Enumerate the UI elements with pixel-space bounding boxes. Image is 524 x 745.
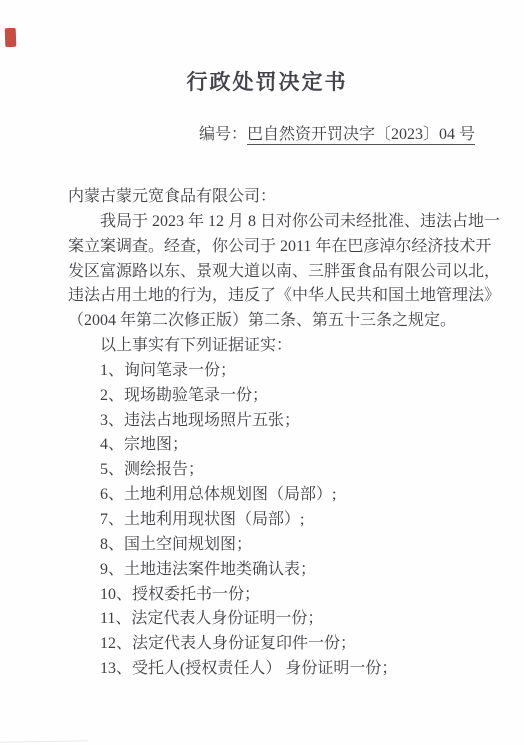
evidence-item: 7、土地利用现状图（局部）; (68, 508, 464, 533)
evidence-item: 1、询问笔录一份； (68, 359, 464, 384)
body-line: （2004 年第二次修正版）第二条、第五十三条之规定。 (68, 309, 464, 334)
doc-number-label: 编号： (199, 126, 247, 143)
evidence-item: 5、测绘报告； (68, 458, 464, 483)
evidence-item: 13、受托人(授权责任人） 身份证明一份； (68, 657, 464, 682)
evidence-item: 2、现场勘验笔录一份； (68, 384, 464, 409)
body-paragraph: 我局于 2023 年 12 月 8 日对你公司未经批准、违法占地一 案立案调查。… (68, 210, 464, 359)
recipient-line: 内蒙古蒙元宽食品有限公司： (68, 185, 464, 210)
evidence-list: 1、询问笔录一份； 2、现场勘验笔录一份； 3、违法占地现场照片五张； 4、宗地… (68, 359, 464, 682)
body-line: 违法占用土地的行为，违反了《中华人民共和国土地管理法》 (68, 284, 464, 309)
page-title: 行政处罚决定书 (10, 68, 524, 96)
body-line: 我局于 2023 年 12 月 8 日对你公司未经批准、违法占地一 (68, 210, 464, 235)
body-line: 发区富源路以东、景观大道以南、三胖蛋食品有限公司以北， (68, 260, 464, 285)
body-line: 案立案调查。经查，你公司于 2011 年在巴彦淖尔经济技术开 (68, 235, 464, 260)
body-line: 以上事实有下列证据证实： (68, 334, 464, 359)
evidence-item: 10、授权委托书一份； (68, 583, 464, 608)
doc-number-line: 编号：巴自然资开罚决字〔2023〕04 号 (199, 124, 475, 146)
evidence-item: 11、法定代表人身份证明一份； (68, 607, 464, 632)
doc-number-value: 巴自然资开罚决字〔2023〕04 号 (247, 126, 475, 145)
evidence-item: 6、土地利用总体规划图（局部）; (68, 483, 464, 508)
evidence-item: 12、法定代表人身份证复印件一份； (68, 632, 464, 657)
evidence-item: 3、违法占地现场照片五张； (68, 409, 464, 434)
scan-edge-artifact (0, 740, 88, 743)
evidence-item: 8、国土空间规划图； (68, 533, 464, 558)
red-seal-fragment-icon (5, 28, 17, 47)
document-body: 内蒙古蒙元宽食品有限公司： 我局于 2023 年 12 月 8 日对你公司未经批… (68, 185, 464, 682)
evidence-item: 4、宗地图； (68, 433, 464, 458)
evidence-item: 9、土地违法案件地类确认表； (68, 558, 464, 583)
document-page: 行政处罚决定书 编号：巴自然资开罚决字〔2023〕04 号 内蒙古蒙元宽食品有限… (0, 0, 524, 745)
